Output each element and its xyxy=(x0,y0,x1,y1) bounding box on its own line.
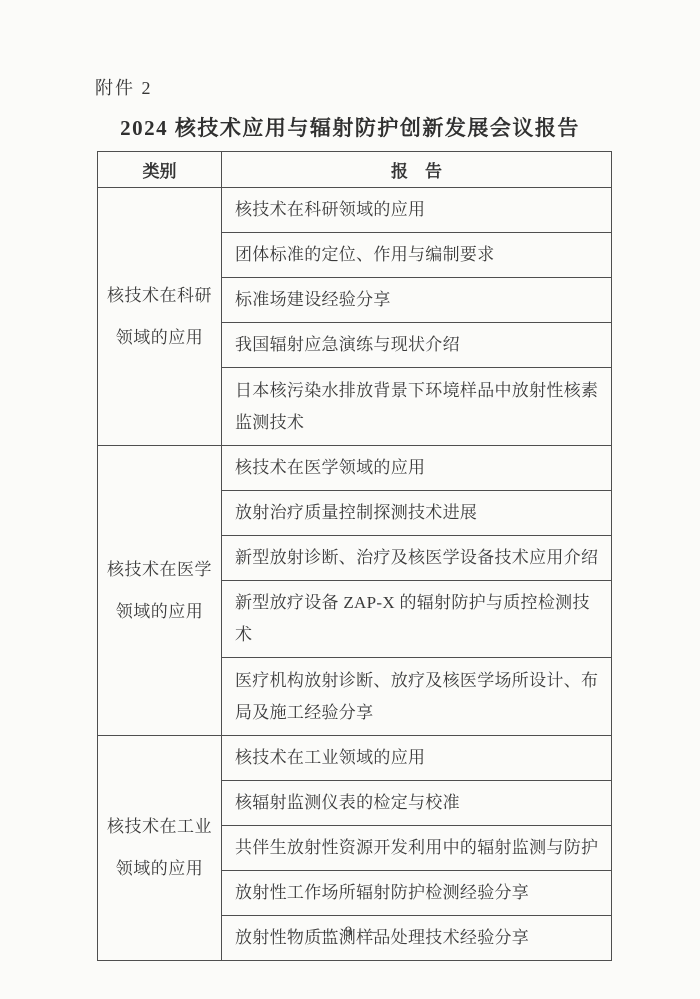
column-header-category: 类别 xyxy=(98,152,222,188)
report-cell: 我国辐射应急演练与现状介绍 xyxy=(222,323,612,368)
document-page: 附件 2 2024 核技术应用与辐射防护创新发展会议报告 类别 报 告 核技术在… xyxy=(0,0,700,999)
report-cell: 核辐射监测仪表的检定与校准 xyxy=(222,781,612,826)
report-cell: 新型放疗设备 ZAP-X 的辐射防护与质控检测技术 xyxy=(222,581,612,658)
table-header-row: 类别 报 告 xyxy=(98,152,612,188)
category-cell-research: 核技术在科研 领域的应用 xyxy=(98,188,222,446)
table-row: 核技术在医学 领域的应用 核技术在医学领域的应用 xyxy=(98,446,612,491)
page-number: — 9 — xyxy=(0,924,700,941)
report-cell: 标准场建设经验分享 xyxy=(222,278,612,323)
report-table: 类别 报 告 核技术在科研 领域的应用 核技术在科研领域的应用 团体标准的定位、… xyxy=(97,151,612,961)
table-row: 核技术在科研 领域的应用 核技术在科研领域的应用 xyxy=(98,188,612,233)
report-cell: 核技术在医学领域的应用 xyxy=(222,446,612,491)
report-cell: 新型放射诊断、治疗及核医学设备技术应用介绍 xyxy=(222,536,612,581)
report-cell: 放射性工作场所辐射防护检测经验分享 xyxy=(222,871,612,916)
column-header-report: 报 告 xyxy=(222,152,612,188)
report-cell: 团体标准的定位、作用与编制要求 xyxy=(222,233,612,278)
report-cell: 日本核污染水排放背景下环境样品中放射性核素监测技术 xyxy=(222,368,612,446)
table-row: 核技术在工业 领域的应用 核技术在工业领域的应用 xyxy=(98,736,612,781)
page-title: 2024 核技术应用与辐射防护创新发展会议报告 xyxy=(0,112,700,142)
report-cell: 核技术在科研领域的应用 xyxy=(222,188,612,233)
report-cell: 核技术在工业领域的应用 xyxy=(222,736,612,781)
attachment-label: 附件 2 xyxy=(95,74,153,100)
report-cell: 共伴生放射性资源开发利用中的辐射监测与防护 xyxy=(222,826,612,871)
category-cell-medical: 核技术在医学 领域的应用 xyxy=(98,446,222,736)
report-cell: 医疗机构放射诊断、放疗及核医学场所设计、布局及施工经验分享 xyxy=(222,658,612,736)
report-cell: 放射治疗质量控制探测技术进展 xyxy=(222,491,612,536)
